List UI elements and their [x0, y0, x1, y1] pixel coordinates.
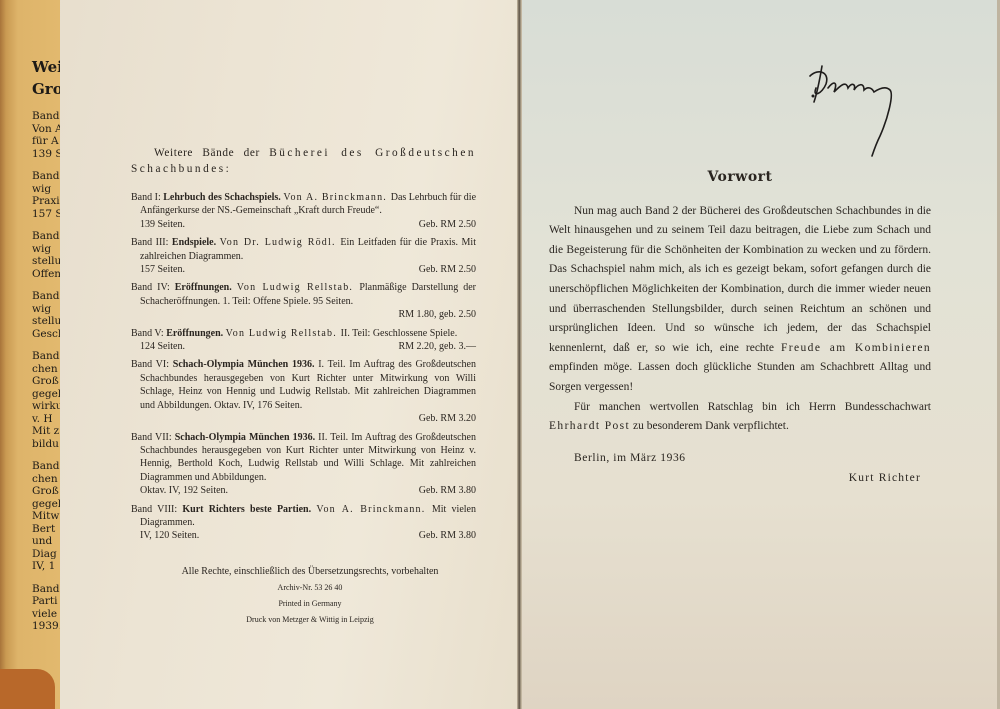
entry-title: Kurt Richters beste Partien.	[182, 504, 316, 515]
entry-label: Band VI:	[131, 359, 173, 370]
flap-gap	[32, 280, 60, 290]
flap-fragment: 157 Se	[32, 208, 60, 221]
paragraph-1-text: Nun mag auch Band 2 der Bücherei des Gro…	[549, 205, 931, 354]
entry-price: Geb. RM 3.80	[199, 529, 476, 542]
signature-icon	[800, 58, 910, 158]
flap-fragment: Band	[32, 460, 60, 473]
flap-fragment: Diag	[32, 548, 60, 561]
entry-price: Geb. RM 2.50	[185, 218, 476, 231]
entry-price: Geb. RM 2.50	[185, 263, 476, 276]
flap-fragment: 139 Se	[32, 148, 60, 161]
entry-pages: 139 Seiten.	[140, 218, 185, 231]
entry-title: Endspiele.	[172, 237, 220, 248]
flap-gap	[32, 160, 60, 170]
entry-author: Von Ludwig Rellstab.	[226, 328, 341, 339]
volume-entry: Band I: Lehrbuch des Schachspiels. Von A…	[131, 191, 476, 231]
flap-fragment: Parti	[32, 595, 60, 608]
entry-price-line: 139 Seiten.Geb. RM 2.50	[131, 218, 476, 231]
entry-price: Geb. RM 3.20	[140, 412, 476, 425]
entry-title: Eröffnungen.	[166, 328, 225, 339]
entry-title: Schach-Olympia München 1936.	[175, 432, 318, 443]
flap-fragment: wig	[32, 183, 60, 196]
flap-fragment: wig	[32, 303, 60, 316]
flap-gap	[32, 100, 60, 110]
entry-price-line: Oktav. IV, 192 Seiten.Geb. RM 3.80	[131, 484, 476, 497]
entry-description: Band V: Eröffnungen. Von Ludwig Rellstab…	[131, 327, 476, 340]
entry-pages: 124 Seiten.	[140, 340, 185, 353]
book-series-list: Weitere Bände der Bücherei des Großdeuts…	[131, 146, 476, 548]
flap-fragment: viele	[32, 608, 60, 621]
entry-author: Von Ludwig Rellstab.	[237, 282, 360, 293]
entry-pages: IV, 120 Seiten.	[140, 529, 199, 542]
entry-description: Band VIII: Kurt Richters beste Partien. …	[131, 503, 476, 530]
flap-fragment: Band	[32, 170, 60, 183]
flap-fragment: 1939.	[32, 620, 60, 633]
entry-price: RM 2.20, geb. 3.—	[185, 340, 476, 353]
entry-text: II. Teil: Geschlossene Spiele.	[341, 328, 458, 339]
author-name: Kurt Richter	[549, 469, 931, 489]
flap-fragment: v. H	[32, 413, 60, 426]
flap-fragment: Band	[32, 350, 60, 363]
flap-fragment: wig	[32, 243, 60, 256]
intro-prefix: Weitere Bände der	[154, 147, 260, 159]
rights-notice: Alle Rechte, einschließlich des Übersetz…	[140, 566, 480, 577]
flap-fragment: Groß	[32, 485, 60, 498]
flap-fragment: Gesch	[32, 328, 60, 341]
foreword-paragraph-1: Nun mag auch Band 2 der Bücherei des Gro…	[549, 202, 931, 398]
archive-number: Archiv-Nr. 53 26 40	[140, 583, 480, 592]
flap-fragment: Groſ	[32, 78, 60, 100]
entry-price-line: Geb. RM 3.20	[131, 412, 476, 425]
flap-gap	[32, 220, 60, 230]
entry-author: Von A. Brinckmann.	[283, 192, 390, 203]
entry-price-line: 124 Seiten.RM 2.20, geb. 3.—	[131, 340, 476, 353]
place-date: Berlin, im März 1936	[549, 449, 931, 469]
foreword-heading: Vorwort	[549, 168, 931, 188]
flap-fragment: und	[32, 535, 60, 548]
entry-label: Band I:	[131, 192, 163, 203]
entry-label: Band VIII:	[131, 504, 182, 515]
entry-price-line: 157 Seiten.Geb. RM 2.50	[131, 263, 476, 276]
flap-fragment: Praxis	[32, 195, 60, 208]
flap-fragment: bildu	[32, 438, 60, 451]
flap-fragment: Mit z	[32, 425, 60, 438]
flap-fragment: stellu	[32, 255, 60, 268]
entry-description: Band IV: Eröffnungen. Von Ludwig Rellsta…	[131, 281, 476, 308]
entry-description: Band III: Endspiele. Von Dr. Ludwig Rödl…	[131, 236, 476, 263]
entry-description: Band I: Lehrbuch des Schachspiels. Von A…	[131, 191, 476, 218]
dust-jacket-flap: WeitGroſBandVon Afür A139 SeBandwigPraxi…	[0, 0, 60, 709]
paragraph-2-emphasis: Ehrhardt Post	[549, 420, 630, 432]
flap-fragment: chen	[32, 363, 60, 376]
printed-in: Printed in Germany	[140, 599, 480, 608]
flap-text-fragments: WeitGroſBandVon Afür A139 SeBandwigPraxi…	[32, 56, 60, 633]
foreword: Vorwort Nun mag auch Band 2 der Bücherei…	[549, 168, 931, 489]
entry-label: Band VII:	[131, 432, 175, 443]
book-spread: WeitGroſBandVon Afür A139 SeBandwigPraxi…	[0, 0, 1000, 709]
entry-description: Band VI: Schach-Olympia München 1936. I.…	[131, 358, 476, 412]
imprint: Alle Rechte, einschließlich des Übersetz…	[140, 566, 480, 631]
flap-fragment: Offen	[32, 268, 60, 281]
paragraph-1-end: empfinden möge. Lassen doch glückliche S…	[549, 361, 931, 393]
volume-entry: Band V: Eröffnungen. Von Ludwig Rellstab…	[131, 327, 476, 354]
flap-fragment: Weit	[32, 56, 60, 78]
flap-stain	[0, 669, 55, 709]
flap-fragment: Band	[32, 230, 60, 243]
foreword-paragraph-2: Für manchen wertvollen Ratschlag bin ich…	[549, 398, 931, 437]
entry-price-line: RM 1.80, geb. 2.50	[131, 308, 476, 321]
volume-entry: Band III: Endspiele. Von Dr. Ludwig Rödl…	[131, 236, 476, 276]
entry-label: Band V:	[131, 328, 166, 339]
left-page: WeitGroſBandVon Afür A139 SeBandwigPraxi…	[0, 0, 520, 709]
paragraph-1-emphasis: Freude am Kombinieren	[781, 342, 931, 354]
flap-gap	[32, 340, 60, 350]
flap-fragment: Bert	[32, 523, 60, 536]
flap-fragment: gegel	[32, 498, 60, 511]
entry-title: Schach-Olympia München 1936.	[173, 359, 318, 370]
volume-entry: Band VIII: Kurt Richters beste Partien. …	[131, 503, 476, 543]
flap-fragment: Mitw	[32, 510, 60, 523]
entry-pages: Oktav. IV, 192 Seiten.	[140, 484, 228, 497]
flap-fragment: Band	[32, 583, 60, 596]
volume-entry: Band VII: Schach-Olympia München 1936. I…	[131, 431, 476, 498]
flap-fragment: chen	[32, 473, 60, 486]
flap-fragment: Band	[32, 290, 60, 303]
paragraph-2-text: Für manchen wertvollen Ratschlag bin ich…	[574, 401, 931, 413]
flap-fragment: IV, 1	[32, 560, 60, 573]
entry-description: Band VII: Schach-Olympia München 1936. I…	[131, 431, 476, 485]
entry-title: Eröffnungen.	[175, 282, 237, 293]
volume-entry: Band VI: Schach-Olympia München 1936. I.…	[131, 358, 476, 425]
flap-fragment: Von A	[32, 123, 60, 136]
flap-fragment: gegeb	[32, 388, 60, 401]
paragraph-2-end: zu besonderem Dank verpflichtet.	[633, 420, 789, 432]
flap-fragment: Groß	[32, 375, 60, 388]
series-intro: Weitere Bände der Bücherei des Großdeuts…	[131, 146, 476, 177]
entry-pages: 157 Seiten.	[140, 263, 185, 276]
entry-price-line: IV, 120 Seiten.Geb. RM 3.80	[131, 529, 476, 542]
flap-fragment: stellu	[32, 315, 60, 328]
volume-entry: Band IV: Eröffnungen. Von Ludwig Rellsta…	[131, 281, 476, 321]
entry-price: RM 1.80, geb. 2.50	[140, 308, 476, 321]
flap-gap	[32, 573, 60, 583]
entry-label: Band III:	[131, 237, 172, 248]
flap-gap	[32, 450, 60, 460]
flap-fragment: Band	[32, 110, 60, 123]
entry-title: Lehrbuch des Schachspiels.	[163, 192, 283, 203]
volume-entries: Band I: Lehrbuch des Schachspiels. Von A…	[131, 191, 476, 543]
entry-author: Von Dr. Ludwig Rödl.	[220, 237, 341, 248]
printer: Druck von Metzger & Wittig in Leipzig	[140, 615, 480, 624]
flap-fragment: wirku	[32, 400, 60, 413]
right-page: Vorwort Nun mag auch Band 2 der Bücherei…	[522, 0, 1000, 709]
flap-fragment: für A	[32, 135, 60, 148]
entry-label: Band IV:	[131, 282, 175, 293]
entry-author: Von A. Brinckmann.	[316, 504, 432, 515]
entry-price: Geb. RM 3.80	[228, 484, 476, 497]
